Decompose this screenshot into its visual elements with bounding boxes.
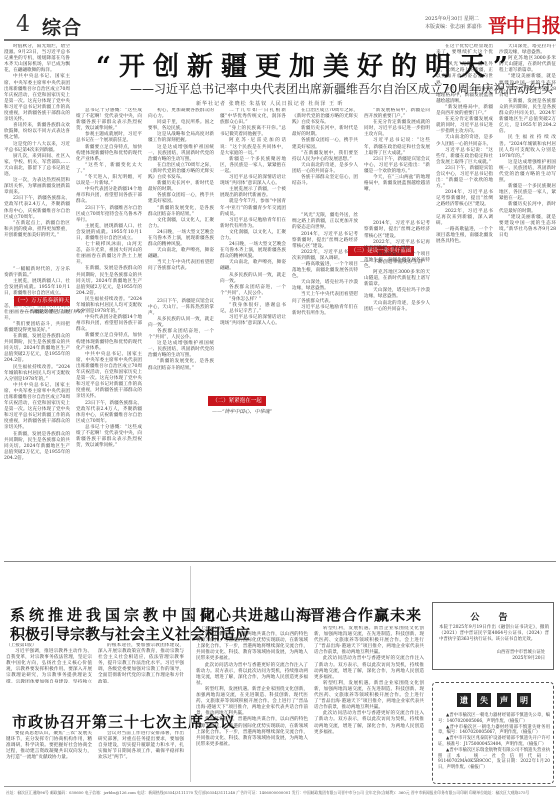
paragraph: 今天，在“三山两盆”的地理格局中，新疆发展蓝图越绘越清晰。 bbox=[436, 87, 493, 105]
footer-divider bbox=[4, 786, 556, 787]
paragraph: 在充分肯定新疆发展成就的同时，习近平总书记进一步指明主攻方向。 bbox=[436, 117, 493, 135]
paragraph: 在这个优势已经显现出来了，要继续扩大这个优势。 bbox=[436, 44, 493, 62]
paragraph: “身上的民族离不开你。”总书记微笑着同他握手。 bbox=[220, 126, 286, 138]
paragraph: 转型红利，发展机遇。新晋企业家围绕文化创新，加强两地沟通交流，在先进制造、科技创… bbox=[196, 687, 308, 717]
title-char: 失 bbox=[477, 693, 491, 707]
paragraph: 新时代新征程，晋港两地共谋合作，以山西的特色资源为依托，与香港的国际化优势实现联… bbox=[196, 717, 308, 747]
header-divider bbox=[4, 39, 556, 41]
article-1-headline-line-1: 系统推进我国宗教中国化 bbox=[10, 604, 219, 625]
paragraph: 新疆历史长河中，新时代是最好的时期。 bbox=[499, 202, 556, 214]
paragraph: 总书记十分感慨：“这些成绩了不起啊！党代表受中央，向新疆各族干部群众表示热烈祝贺… bbox=[76, 425, 142, 449]
paragraph: 新疆要立足自身特点，加快构建体现新疆特色和优势的现代化产业体系。 bbox=[76, 145, 142, 163]
notice-signature: 山西省晋中市晋城公证处 2025年9月20日 bbox=[497, 650, 545, 662]
paragraph: 各族群众团结一心，携手共建美好家园。 bbox=[292, 138, 358, 150]
paragraph: 一路高歌猛进，一个个项目落地生根，南疆北疆发展各具特色。 bbox=[364, 252, 430, 270]
paragraph: 这是达成增强维护祖国统一、民族团结，巩固新时代党的治疆方略的生动写照。 bbox=[148, 145, 214, 163]
paragraph: 天山深处，塔克拉玛干沙漠边缘，绿意盎然。 bbox=[364, 288, 430, 300]
paragraph: 七十载栉风沐雨，山河无恙，奋斗光荣，祖国大好河山的壮丽画卷在新疆这片热土上展开。 bbox=[76, 242, 142, 266]
paragraph: 中共中央总书记、国家主席、中央军委主席率中央代表团出席新疆维吾尔自治区成立70周… bbox=[4, 383, 70, 432]
lost-declaration: 遗 失 声 明 ▲晋中市榆次区一朝电力器材经销部不慎遗失公章，编号：140702… bbox=[432, 682, 554, 784]
footer-imprint: 社址：榆次区汇通路96号 邮政编码：030600 电子信箱：jzrbbs@126… bbox=[6, 790, 554, 796]
paragraph: 习近平总书记的深情话语让现场“共同体”意识深入人心。 bbox=[220, 315, 286, 327]
paragraph: “这些年，新疆变化太大了。” bbox=[76, 163, 142, 175]
paragraph: 在新疆，发展是各族群众的共同期盼，民生是各族群众的共同关切。2024年新疆地区生… bbox=[499, 99, 556, 136]
paragraph: “我们要团结奋斗，共同把新疆建设得更加美好。” bbox=[4, 322, 70, 334]
paragraph: 24日晚，一场大型文艺晚会在乌鲁木齐上演，展现新疆各族群众的精神风貌。 bbox=[220, 242, 286, 260]
paragraph: 习近平总书记勉励青年们在新时代有所作为。 bbox=[292, 305, 358, 317]
issue-date: 2025年9月30日 星期二 bbox=[425, 15, 479, 22]
paragraph: 当天上午中央代表团看望慰问了各族群众代表。 bbox=[292, 292, 358, 304]
paragraph: 2022年，习近平总书记再次来到新疆，深入调研。 bbox=[436, 209, 493, 227]
paragraph: 中央代表团分赴新疆14个地州市和兵团，看望慰问各族干部群众。 bbox=[76, 315, 142, 333]
lost-item: ▲晋中市开发区兆泰防护设备经销部不慎遗失开户许可证，核准号：J175000045… bbox=[438, 736, 550, 748]
paragraph: 中共中央总书记、国家主席、中央军委主席率中央代表团出席新疆维吾尔自治区成立70周… bbox=[76, 352, 142, 401]
title-char: 明 bbox=[517, 693, 531, 707]
paragraph: 天山南北的奇迹，是多少人团结一心的共同奋斗。 bbox=[364, 301, 430, 313]
paragraph: 就是今年7月，参加“中国青年·中亚行”的新疆青少年交流团的成员。 bbox=[220, 199, 286, 217]
paragraph: 在自治区成立70周年之际，《新时代党的治疆方略的光辉实践》白皮书发布。 bbox=[148, 163, 214, 181]
paragraph: 民生福祉持续改善。“2024年城镇和农村居民人均可支配收入分别是1978年的。” bbox=[76, 297, 142, 315]
paragraph: 转型红利，发展机遇。新晋企业家围绕文化创新，加强两地沟通交流，在先进制造、科技创… bbox=[314, 681, 424, 711]
lost-declaration-title: 遗 失 声 明 bbox=[457, 693, 531, 707]
paragraph: 在自治区成立70周年之际，《新时代党的治疆方略的光辉实践》白皮书发布。 bbox=[292, 108, 358, 126]
paragraph: 新疆要立足自身特点，加快构建体现新疆特色和优势的现代化产业体系。 bbox=[76, 333, 142, 351]
paragraph: 会议对当前工作进行安排部署，作出研究部署，对重点任务提出要求，要加强自身建设，切… bbox=[98, 731, 184, 761]
paragraph: 初心，更加凝聚各族群众的向心力。 bbox=[148, 108, 214, 120]
column-divider bbox=[190, 566, 191, 782]
paragraph: “建设美丽新疆，就是要建设中国一流的生态环境。”新华社乌鲁木齐9月28日电 bbox=[499, 74, 556, 98]
paragraph: 天山深处，塔克拉玛干沙漠边缘，绿意盎然。 bbox=[499, 44, 556, 56]
paragraph: 转型红利，发展机遇。新晋企业家围绕文化创新，加强两地沟通交流，在先进制造、科技创… bbox=[314, 626, 424, 656]
paragraph: 习近平总书记勉励青年们在新时代有所作为。 bbox=[220, 218, 286, 230]
paragraph: 习近平总书记说：“这些年，新疆在政治稳定和社会发展上取得了巨大成就。” bbox=[436, 148, 493, 166]
lead-byline: 新华社记者 张晓松 朱基钗 人民日报记者 杜尚泽 王 昕 bbox=[196, 100, 344, 107]
paragraph: 从多民族的认同一致，就走向一致。 bbox=[148, 317, 214, 329]
paragraph: 此次访问活动为晋中与香港更好的交流合作注入了新动力。双方表示，将以此次访问为契机… bbox=[196, 663, 308, 687]
paragraph: 这一次，为表达热烈祝贺和深切关怀，为擘画新疆发展新篇章而来。 bbox=[4, 178, 70, 196]
paragraph: 新疆历史长河中，新时代是最好的时期。 bbox=[292, 126, 358, 138]
paragraph: 今天，在“三山两盆”的地理格局中，新疆发展蓝图越绘越清晰。 bbox=[364, 175, 430, 193]
paragraph: 喜讯传来，新疆各族群众欢欣鼓舞，纷纷以不同方式表达喜悦之情。 bbox=[4, 123, 70, 141]
public-notice: 公 告 本院于2025年9月19日作出《融创公证书决定》，撤销（2021）晋中晋… bbox=[432, 602, 554, 670]
paragraph: 23日下午，新疆迎宾馆会议中心，习近平总书记指出：“新疆是一个欢欣的地方。” bbox=[436, 166, 493, 190]
paragraph: 各族群众团结一心，携手共建美好家园。 bbox=[148, 193, 214, 205]
paragraph: “在新起点上，新疆自治区和兵团的使命，担得更加繁重，开创新疆更加美好的明天。” bbox=[4, 221, 70, 239]
paragraph: “冬天进入，阳光明媚，可以说是一片新绿。” bbox=[76, 175, 142, 187]
section-divider bbox=[4, 561, 556, 562]
paragraph: 在新疆，发展是各族群众的共同期盼，民生是各族群众的共同关切。2024年新疆地区生… bbox=[4, 432, 70, 462]
article-4-body: 转型红利，发展机遇。新晋企业家围绕文化创新，加强两地沟通交流，在先进制造、科技创… bbox=[314, 626, 424, 782]
section-banner-1: （一）万万乐奏新鲜天 bbox=[14, 296, 70, 306]
notice-date: 2025年9月20日 bbox=[497, 656, 545, 662]
title-char: 声 bbox=[497, 693, 511, 707]
paragraph: 2014年，习近平总书记考察新疆时，提出“丝绸之路经济带核心区”建设。 bbox=[436, 190, 493, 208]
paragraph: 这是从战略和全局高度对新疆工作的深刻把握。 bbox=[148, 132, 214, 144]
paragraph: 中央代表团分赴新疆14个地州市和兵团，看望慰问各族干部群众。 bbox=[76, 187, 142, 205]
paragraph: 习近平总书记说：“这些年，新疆在政治稳定和社会发展上取得了巨大成就。” bbox=[364, 138, 430, 156]
editor-credit: 本版责编：张志丽 郭嘉伟 bbox=[425, 23, 482, 30]
paragraph: 天山南北的奇迹，是多少人团结一心的共同奋斗。 bbox=[436, 135, 493, 147]
paragraph: 23日下午，新疆各族群众、党政军代表2.4万人，齐聚新疆体育中心，庆祝新疆维吾尔… bbox=[4, 196, 70, 220]
lost-item: ▲晋中市榆次区一朝电力器材经销部不慎遗失公章，编号：1407020005066，… bbox=[438, 713, 550, 725]
paragraph: “建设美丽新疆，就是要建设中国一流的生态环境。”新华社乌鲁木齐9月28日电 bbox=[499, 215, 556, 239]
paragraph: 一路高歌猛进，一个个项目落地生根，南疆北疆发展各具特色。 bbox=[292, 262, 358, 280]
paragraph: “新疆的发展变化，是各族群众团结奋斗的结果。” bbox=[148, 206, 214, 218]
lost-items-list: ▲晋中市榆次区一朝电力器材经销部不慎遗失公章，编号：1407020005066，… bbox=[438, 713, 550, 771]
paragraph: 天山南北的奇迹，是多少人团结一心的共同奋斗。 bbox=[292, 163, 358, 175]
paragraph: 2014年，习近平总书记考察新疆时，提出“丝绸之路经济带核心区”建设。 bbox=[364, 221, 430, 239]
paragraph: 24日晚，一场大型文艺晚会在乌鲁木齐上演，展现新疆各族群众的精神风貌。 bbox=[148, 230, 214, 248]
paragraph: 主展览展示了新疆，一个被展现出的新时代新画卷。 bbox=[220, 187, 286, 199]
paragraph: 中共中央总书记、国家主席、中央军委主席率中央代表团出席新疆维吾尔自治区成立70周… bbox=[4, 74, 70, 123]
paragraph: “新发展格局中，新疆是向西开放的重要门户。” bbox=[436, 105, 493, 117]
article-2-column-2: 会议对当前工作进行安排部署，作出研究部署，对重点任务提出要求，要加强自身建设，切… bbox=[98, 731, 184, 783]
paragraph: 23日下午，新疆维吾尔自治区成立70周年招待会在乌鲁木齐举行。 bbox=[76, 206, 142, 224]
paragraph: 此次访问活动为晋中与香港更好的交流合作注入了新动力。双方表示，将以此次访问为契机… bbox=[314, 711, 424, 735]
paragraph: 参观主题成就展时，习近平总书记在一个展项前驻足。 bbox=[76, 132, 142, 144]
paragraph: 新疆历史长河中，新时代是最好的时期。 bbox=[148, 181, 214, 193]
paragraph: 各族干部群众坚定信心，团结奋斗。 bbox=[292, 175, 358, 187]
paragraph: 此次访问活动为晋中与香港更好的交流合作注入了新动力。双方表示，将以此次访问为契机… bbox=[314, 656, 424, 680]
paragraph: 的根本途径，要加强宗教团体建设，深入开展宗教政策宣传教育，推动宗教与社会主义社会… bbox=[98, 643, 184, 683]
paragraph: 新疆是一个多民族聚居地区，各民族是一家人，紧紧抱在一起。 bbox=[220, 157, 286, 175]
paragraph: 总书记十分感慨：“这些成绩了不起啊！党代表受中央，向新疆各族干部群众表示热烈祝贺… bbox=[76, 108, 142, 132]
paragraph: 一路高歌猛进，一个个项目落地生根，南疆北疆发展各具特色。 bbox=[436, 227, 493, 245]
lead-article-column-4: 二十几年如一日扎根新疆“中华优秀传统文化，润泽各族群众心田。” “身上的民族离不… bbox=[220, 108, 286, 556]
paragraph: 新时代新征程，晋港两地共谋合作，以山西的特色资源为依托，与香港的国际化优势实现联… bbox=[196, 632, 308, 662]
paragraph: “新疆的发展变化，是各族群众团结奋斗的结果。” bbox=[148, 359, 214, 371]
paragraph: 习近平强调，推进宗教界主动作为、自我变革，对宗教事务依法管理，坚定宗教中国化方向… bbox=[6, 649, 92, 683]
paragraph: 这是达成增强维护祖国统一、民族团结，巩固新时代党的治疆方略的生动写照。 bbox=[148, 341, 214, 359]
paragraph: 阿克苏地区3000多米的天山隧道，在新时代新征程上谱写新篇章。 bbox=[499, 56, 556, 74]
paragraph: 阿克苏·尼雷克加的话说：“这个民族是在共同体中，是大家庭的一员。” bbox=[220, 138, 286, 156]
section-name: 综合 bbox=[42, 13, 82, 40]
paragraph: 在新疆，发展是各族群众的共同期盼，民生是各族群众的共同关切。2024年新疆地区生… bbox=[4, 334, 70, 364]
paragraph: “新发展格局中，新疆是向西开放的重要门户。” bbox=[364, 108, 430, 120]
lead-article-column-7: 在这个优势已经显现出来了，要继续扩大这个优势。 “风光”无限，疆电外送，丝绸之路… bbox=[436, 44, 556, 556]
paragraph: 23日下午，新疆各族群众、党政军代表2.4万人，齐聚新疆体育中心，庆祝新疆维吾尔… bbox=[76, 401, 142, 425]
newspaper-logo: 晋中日报 bbox=[488, 11, 560, 38]
lead-headline: “开创新疆更加美好的明天” bbox=[96, 46, 476, 83]
paragraph: 这是达成增强维护祖国统一、民族团结，巩固新时代党的治疆方略的生动写照。 bbox=[499, 160, 556, 184]
paragraph: “我身体很好，感谢总书记，总书记辛苦了。” bbox=[220, 303, 286, 315]
paragraph: 2022年，习近平总书记再次来到新疆，深入调研。 bbox=[364, 240, 430, 252]
paragraph: 在新疆，发展是各族群众的共同期盼，民生是各族群众的共同关切。2024年新疆地区生… bbox=[76, 266, 142, 296]
paragraph: 主展览，展现新疆人口、社会发展的成就。1955年10月1日，新疆维吾尔自治区成立… bbox=[4, 279, 70, 297]
paragraph: 当天上午中央代表团看望慰问了各族群众代表。 bbox=[148, 260, 214, 272]
paragraph: 这是党的十八大以来，习近平总书记第4次来到新疆。 bbox=[4, 142, 70, 154]
lost-item: ▲晋中市榆次区乐瑞金航物资有限公司不慎遗失营业执照正本，统一社会信用代码：911… bbox=[438, 748, 550, 771]
paragraph: 天山南北，歌声嘹亮，舞姿翩翩。 bbox=[148, 248, 214, 260]
paragraph: “风光”无限，疆电外送，丝绸之路上的新疆，正以更加开放的姿态走向世界。 bbox=[436, 62, 493, 86]
masthead: 4 综合 2025年9月30日 星期二 本版责编：张志丽 郭嘉伟 晋中日报 bbox=[0, 0, 560, 40]
paragraph: 文化润疆，以文化人，汇聚合力。 bbox=[148, 218, 214, 230]
article-1-column-2: 的根本途径，要加强宗教团体建设，深入开展宗教政策宣传教育，推动宗教与社会主义社会… bbox=[98, 643, 184, 683]
paragraph: 23日下午，新疆迎宾馆会议中心，习近平总书记指出：“新疆是一个欢欣的地方。” bbox=[364, 157, 430, 175]
paragraph: 从多民族的认同一致，就走向一致。 bbox=[220, 273, 286, 285]
paragraph: 天山南北，歌声嘹亮，舞姿翩翩。 bbox=[220, 260, 286, 272]
paragraph: 各族群众团结奋进，一个个“共同”，人民公仆。 bbox=[148, 329, 214, 341]
paragraph: 厨几次，来到田间、社区入家、学校、机关、军营部队……天山南北，都留下了总书记的足… bbox=[4, 154, 70, 178]
paragraph: “在新疆发展中，我们要坚持以人民为中心的发展思想。” bbox=[292, 151, 358, 163]
paragraph: 主展览，展现新疆人口、社会发展的成就。1955年10月1日，新疆维吾尔自治区成立… bbox=[76, 224, 142, 242]
paragraph: 各族群众团结奋进，一个个“共同”，人民公仆。 bbox=[220, 285, 286, 297]
paragraph: 在充分肯定新疆发展成就的同时，习近平总书记进一步指明主攻方向。 bbox=[364, 120, 430, 138]
lead-article-column-5: 在自治区成立70周年之际，《新时代党的治疆方略的光辉实践》白皮书发布。 新疆历史… bbox=[292, 108, 358, 556]
article-4-headline: 晋港合作赢未来 bbox=[310, 604, 422, 625]
article-2-column-1: 要提高思想认识，聚焦“三农”发展关键环节，充分发挥专门协商机构作用，精准调研，科… bbox=[6, 731, 92, 783]
paragraph: 天山深处，塔克拉玛干沙漠边缘，绿意盎然。 bbox=[292, 280, 358, 292]
lead-article-column-6: “新发展格局中，新疆是向西开放的重要门户。” 在充分肯定新疆发展成就的同时，习近… bbox=[364, 108, 430, 556]
article-3-headline: 同心共进越山海 bbox=[200, 604, 312, 625]
paragraph: 同桌千里，电民所系。国之要事，各边民族。 bbox=[148, 120, 214, 132]
lost-item: ▲晋中市榆次区一朝电力器材经销部不慎遗失财务用章，编号：140702000506… bbox=[438, 725, 550, 737]
paragraph: 时值秋分，阳光灿烂，碧空澄澈。9月23日，当习近平总书记乘坐的专机，缓缓降落在乌… bbox=[4, 44, 70, 74]
article-3-body: （上接第1版） 新时代新征程，晋港两地共谋合作，以山西的特色资源为依托，与香港的… bbox=[196, 626, 308, 782]
page-number: 4 bbox=[16, 12, 30, 37]
lead-article-column-3: 初心，更加凝聚各族群众的向心力。 同桌千里，电民所系。国之要事，各边民族。 这是… bbox=[148, 108, 214, 556]
notice-title: 公 告 bbox=[433, 610, 553, 623]
paragraph: 要提高思想认识，聚焦“三农”发展关键环节，充分发挥专门协商机构作用，精准调研，科… bbox=[6, 731, 92, 761]
paragraph: 新疆是一个多民族聚居地区，各民族是一家人，紧紧抱在一起。 bbox=[499, 184, 556, 202]
paragraph: 阿克苏地区3000多米的天山隧道，在新时代新征程上谱写新篇章。 bbox=[364, 270, 430, 288]
paragraph: 习近平总书记的深情话语让现场“共同体”意识深入人心。 bbox=[220, 175, 286, 187]
paragraph: 民生福祉持续改善。“2024年城镇和农村居民人均可支配收入分别是1978年的。” bbox=[499, 135, 556, 159]
article-1-column-1: （上接第1版） 习近平强调，推进宗教界主动作为、自我变革，对宗教事务依法管理，坚… bbox=[6, 643, 92, 683]
paragraph: 23日下午，新疆迎宾馆会议中心，天山厅。一阵阵热烈的掌声。 bbox=[148, 299, 214, 317]
lead-article-column-2: 总书记十分感慨：“这些成绩了不起啊！党代表受中央，向新疆各族干部群众表示热烈祝贺… bbox=[76, 108, 142, 556]
paragraph: “一幅幅新时代的，万分乐奏新宇新篇。” bbox=[4, 267, 70, 279]
paragraph: 文化润疆，以文化人，汇聚合力。 bbox=[220, 230, 286, 242]
title-char: 遗 bbox=[457, 693, 471, 707]
notice-body: 本院于2025年9月19日作出《融创公证书决定》，撤销（2021）晋中晋证民字第… bbox=[439, 625, 549, 643]
paragraph: 二十几年如一日扎根新疆“中华优秀传统文化，润泽各族群众心田。” bbox=[220, 108, 286, 126]
paragraph: “风光”无限，疆电外送，丝绸之路上的新疆，正以更加开放的姿态走向世界。 bbox=[292, 213, 358, 231]
paragraph: 民生福祉持续改善。“2024年城镇和农村居民人均可支配收入分别是1978年的。” bbox=[4, 365, 70, 383]
